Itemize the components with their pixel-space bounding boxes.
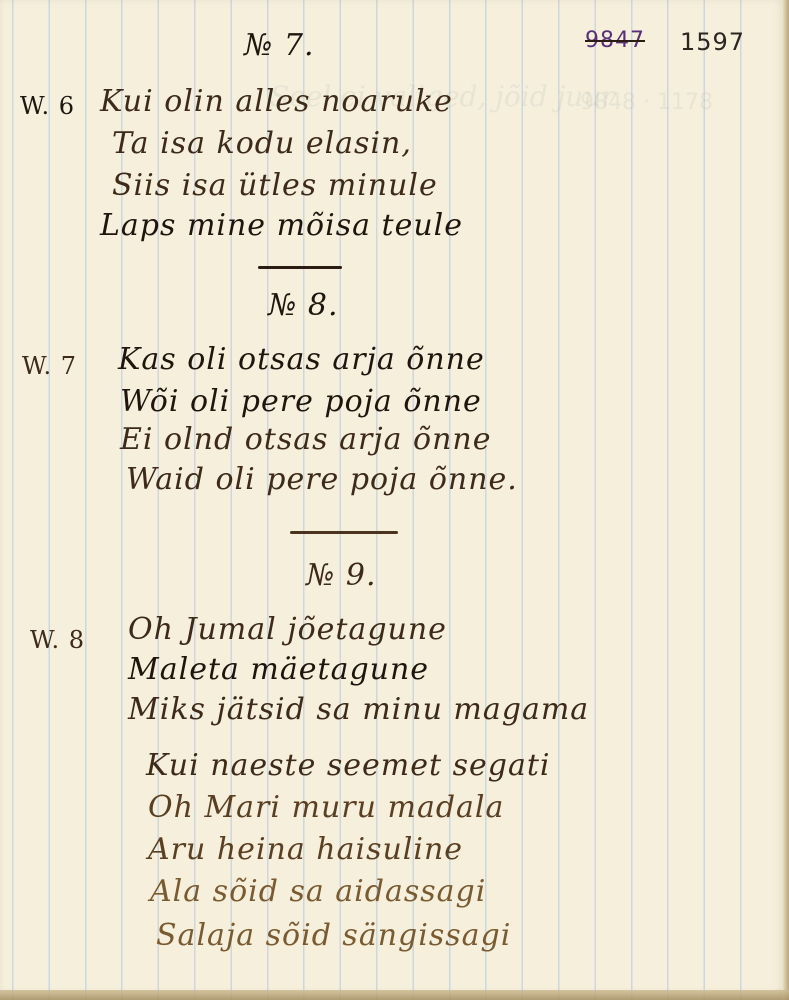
verse-line: Ala sõid sa aidassagi bbox=[150, 874, 486, 909]
catalog-number: 1597 bbox=[680, 28, 745, 56]
verse-line: Oh Jumal jõetagune bbox=[128, 612, 447, 647]
margin-label-w8: W. 8 bbox=[30, 626, 85, 654]
song-heading-7: № 7. bbox=[244, 28, 315, 63]
verse-line: Ta isa kodu elasin, bbox=[112, 126, 412, 161]
section-divider bbox=[258, 266, 342, 269]
verse-line: Laps mine mõisa teule bbox=[100, 208, 463, 243]
manuscript-page: Seel ei valiged, jõid juur 9848 · 1178 9… bbox=[0, 0, 789, 1000]
verse-line: Kas oli otsas arja õnne bbox=[118, 342, 485, 377]
verse-line: Oh Mari muru madala bbox=[148, 790, 504, 825]
verse-line: Wõi oli pere poja õnne bbox=[120, 384, 482, 419]
page-right-edge bbox=[783, 0, 789, 1000]
margin-label-w6: W. 6 bbox=[20, 92, 75, 120]
section-divider bbox=[290, 531, 398, 534]
struck-catalog-number: 9847 bbox=[585, 28, 645, 53]
verse-line: Siis isa ütles minule bbox=[112, 168, 438, 203]
verse-line: Kui olin alles noaruke bbox=[100, 84, 453, 119]
song-heading-9: № 9. bbox=[306, 558, 377, 593]
margin-label-w7: W. 7 bbox=[22, 352, 77, 380]
page-bottom-edge bbox=[0, 990, 789, 1000]
verse-line: Ei olnd otsas arja õnne bbox=[120, 422, 492, 457]
song-heading-8: № 8. bbox=[268, 288, 339, 323]
verse-line: Maleta mäetagune bbox=[128, 652, 429, 687]
bleed-through-numbers: 9848 · 1178 bbox=[580, 90, 713, 115]
verse-line: Waid oli pere poja õnne. bbox=[126, 462, 518, 497]
verse-line: Salaja sõid sängissagi bbox=[156, 918, 511, 953]
verse-line: Aru heina haisuline bbox=[148, 832, 463, 867]
verse-line: Kui naeste seemet segati bbox=[146, 748, 551, 783]
verse-line: Miks jätsid sa minu magama bbox=[128, 692, 589, 727]
